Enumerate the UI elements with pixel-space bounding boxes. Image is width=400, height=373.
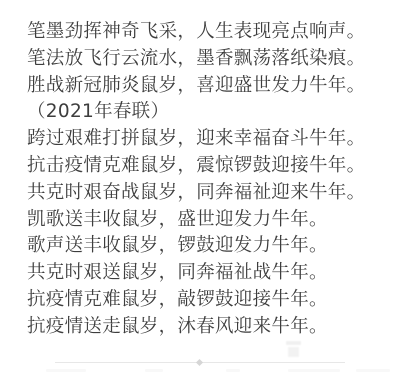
poem-line: 胜战新冠肺炎鼠岁，喜迎盛世发力牛年。 <box>27 73 382 100</box>
article-page: 笔墨劲挥神奇飞采，人生表现亮点响声。 笔法放飞行云流水，墨香飘荡落纸染痕。 胜战… <box>0 0 400 373</box>
poem-line: 凯歌送丰收鼠岁，盛世迎发力牛年。 <box>27 207 382 234</box>
cutoff-text-artifact <box>46 369 86 372</box>
poem-line: 抗疫情克难鼠岁，敲锣鼓迎接牛年。 <box>27 287 382 314</box>
section-end-divider <box>55 362 345 363</box>
poem-line: 歌声送丰收鼠岁，锣鼓迎发力牛年。 <box>27 233 382 260</box>
divider-center-ornament <box>196 359 203 366</box>
cutoff-text-artifact <box>356 369 390 372</box>
watermark-mark-bottom <box>288 347 299 357</box>
poem-line: 抗击疫情克难鼠岁，震惊锣鼓迎接牛年。 <box>27 153 382 180</box>
cutoff-text-artifact <box>288 369 340 372</box>
poem-line: 抗疫情送走鼠岁，沐春风迎来牛年。 <box>27 314 382 341</box>
poem-line: 笔法放飞行云流水，墨香飘荡落纸染痕。 <box>27 46 382 73</box>
cutoff-text-artifact <box>226 369 240 372</box>
poem-line: 共克时艰奋战鼠岁，同奔福祉迎来牛年。 <box>27 180 382 207</box>
couplet-text-block: 笔墨劲挥神奇飞采，人生表现亮点响声。 笔法放飞行云流水，墨香飘荡落纸染痕。 胜战… <box>27 19 382 341</box>
cutoff-text-artifact <box>145 369 163 372</box>
faint-watermark <box>283 341 305 358</box>
poem-line-year-label: （2021年春联） <box>27 99 382 126</box>
poem-line: 跨过艰难打拼鼠岁，迎来幸福奋斗牛年。 <box>27 126 382 153</box>
poem-line: 笔墨劲挥神奇飞采，人生表现亮点响声。 <box>27 19 382 46</box>
poem-line: 共克时艰送鼠岁，同奔福祉战牛年。 <box>27 260 382 287</box>
watermark-mark-top <box>286 341 301 345</box>
